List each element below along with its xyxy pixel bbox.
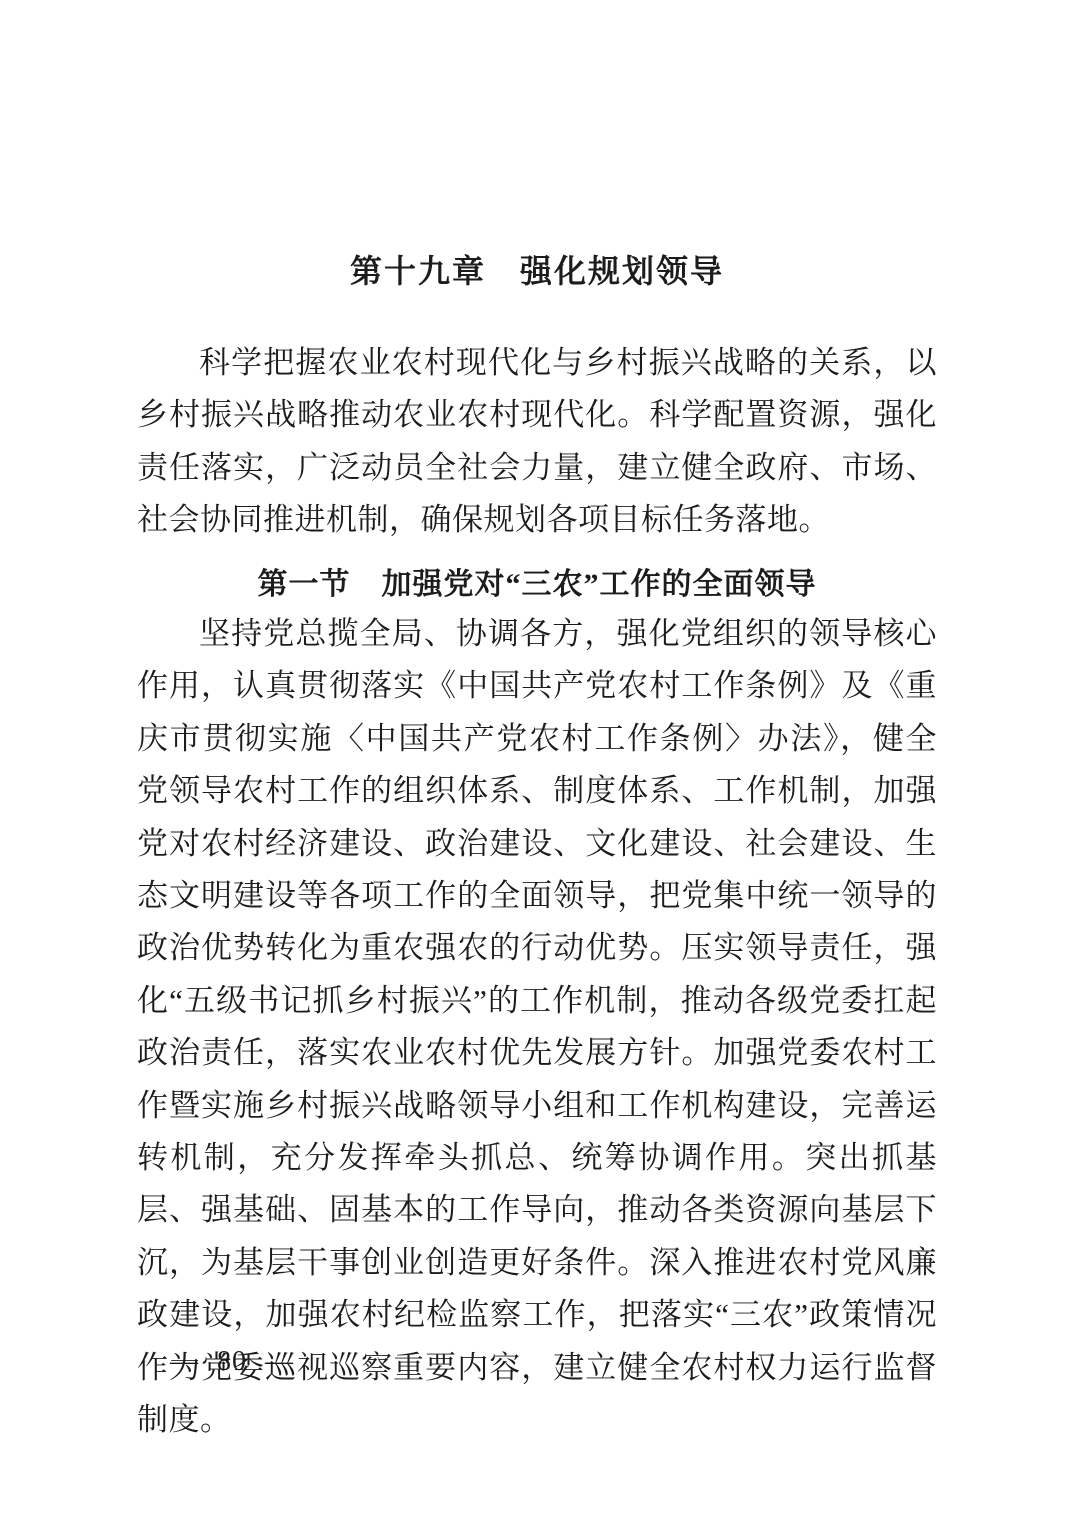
intro-paragraph: 科学把握农业农村现代化与乡村振兴战略的关系，以乡村振兴战略推动农业农村现代化。科…: [137, 337, 937, 547]
body-paragraph: 坚持党总揽全局、协调各方，强化党组织的领导核心作用，认真贯彻落实《中国共产党农村…: [137, 608, 937, 1447]
document-page: 第十九章 强化规划领导 科学把握农业农村现代化与乡村振兴战略的关系，以乡村振兴战…: [0, 0, 1074, 1520]
page-number: — 80 —: [170, 1346, 294, 1378]
section-heading: 第一节 加强党对“三农”工作的全面领导: [0, 559, 1074, 603]
chapter-heading: 第十九章 强化规划领导: [0, 246, 1074, 292]
